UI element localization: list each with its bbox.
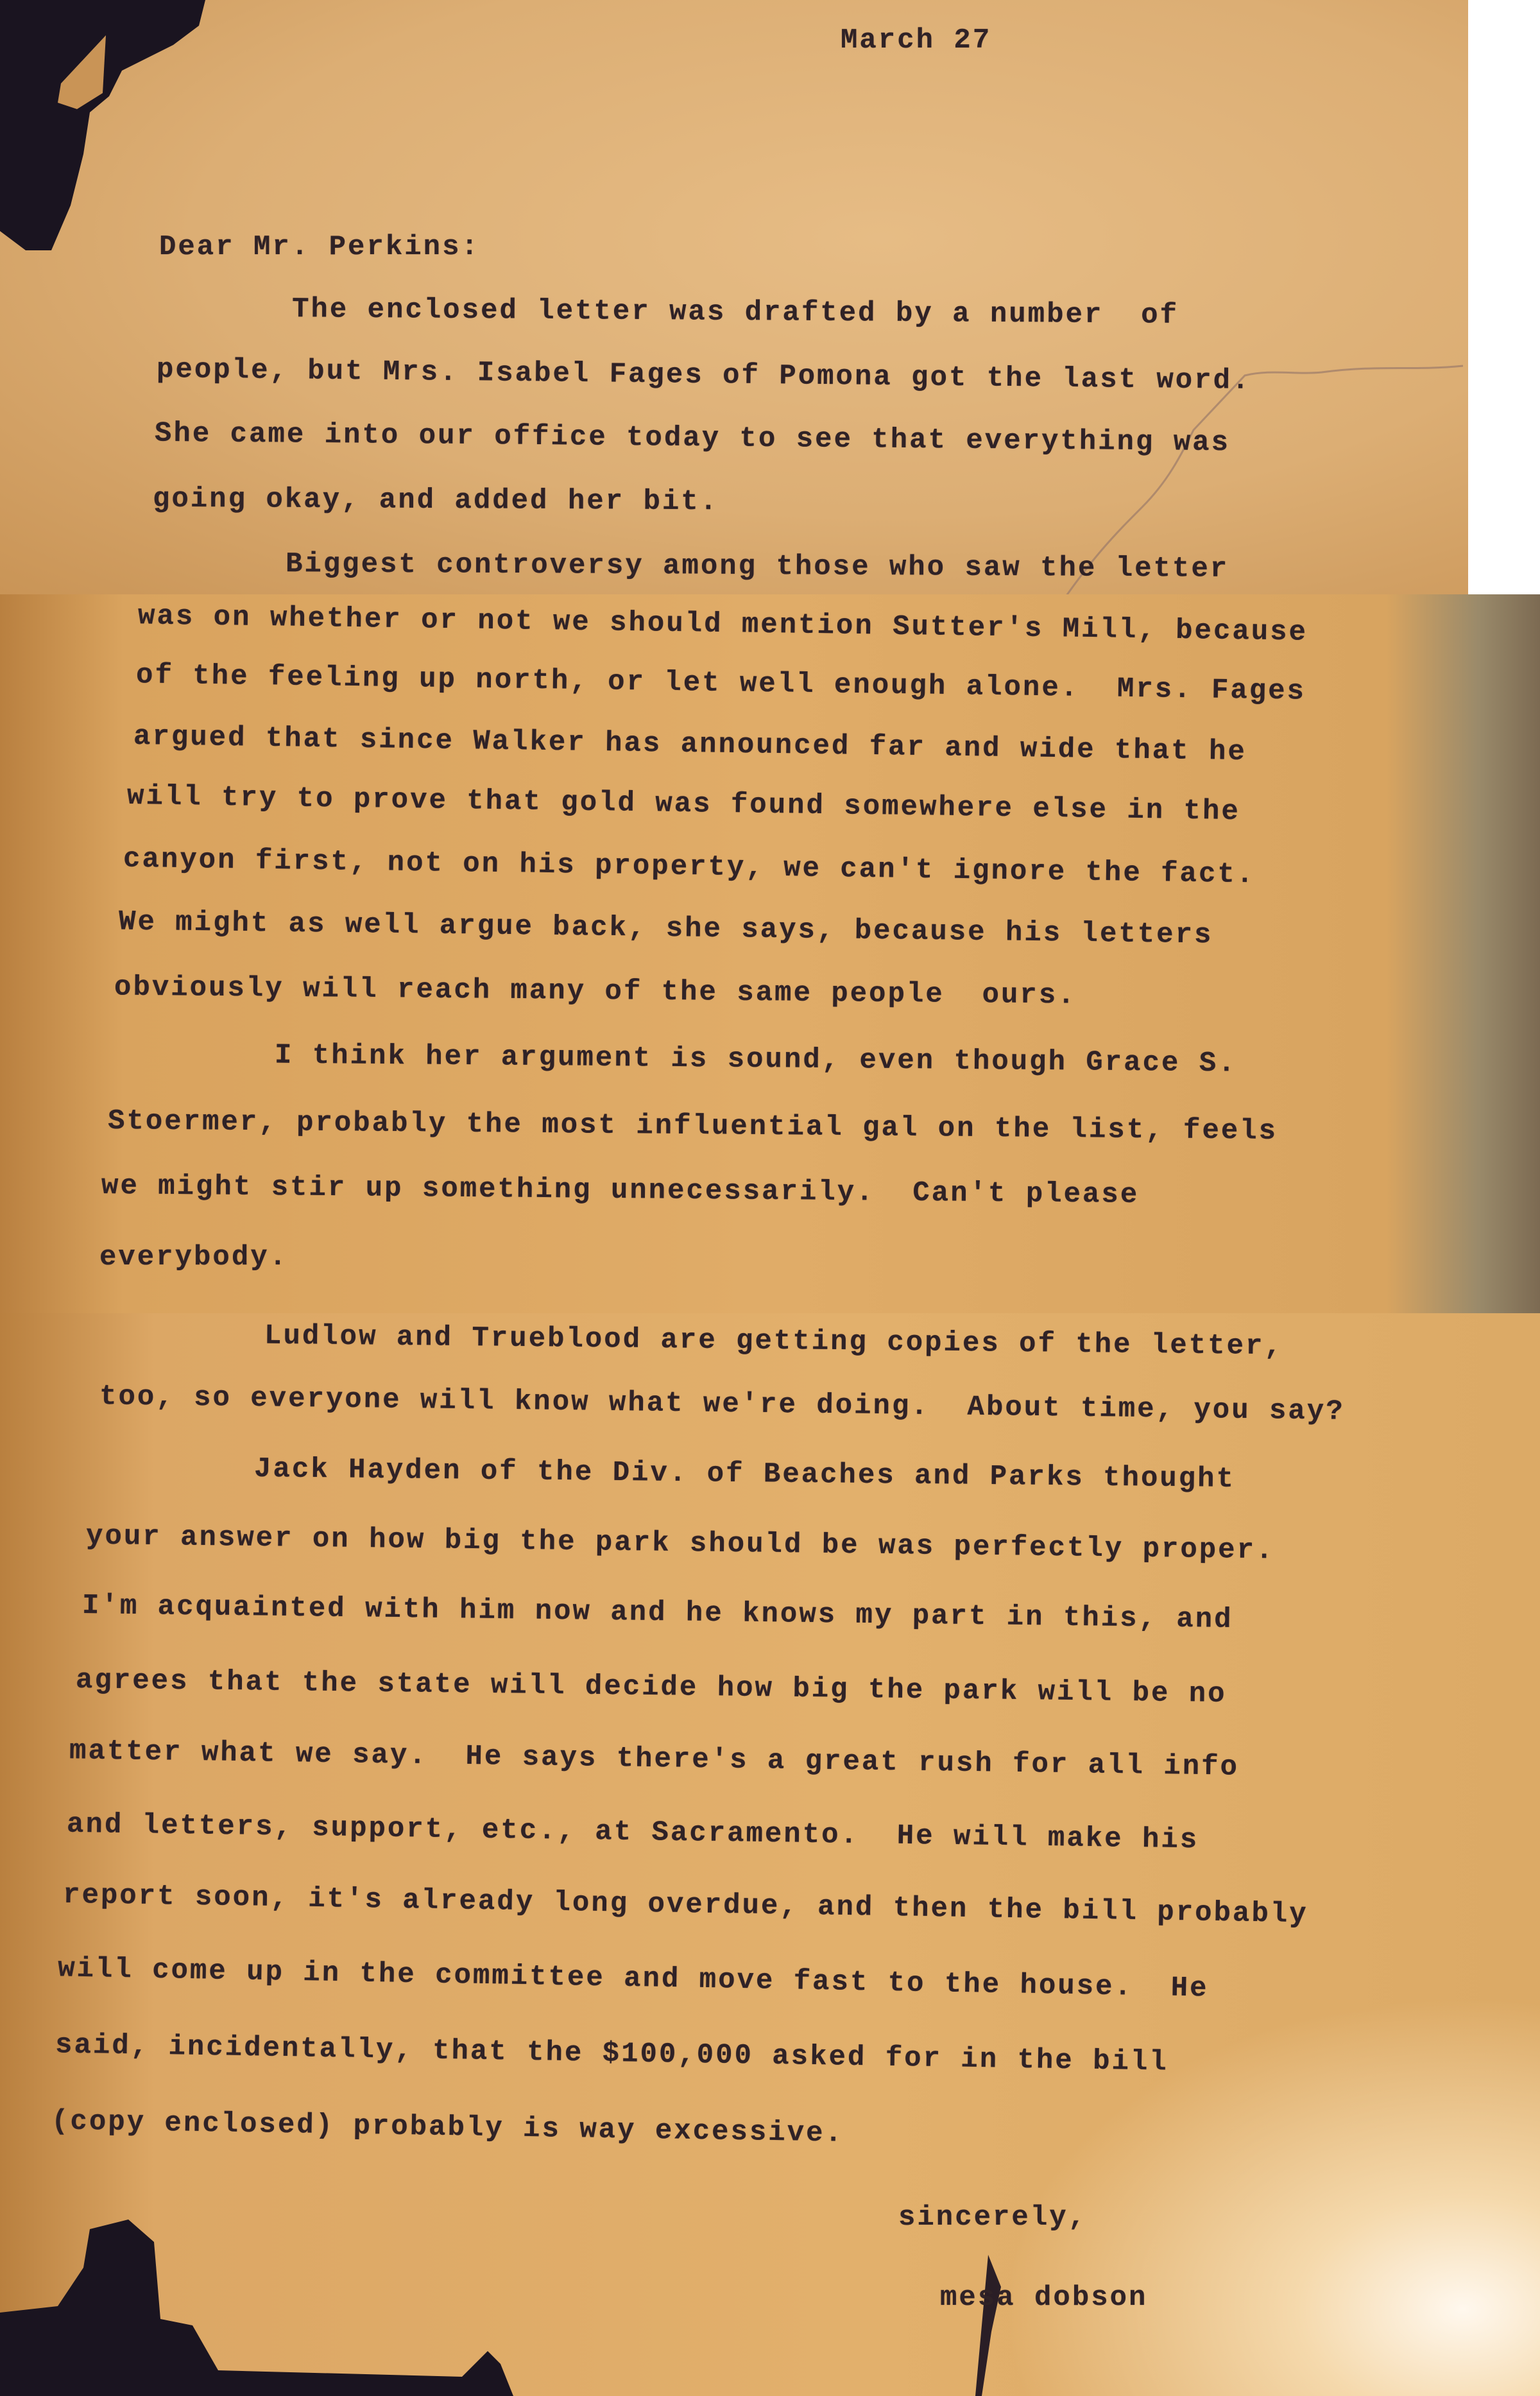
letter-closing: sincerely, <box>898 2202 1087 2234</box>
letter-signature: mesa dobson <box>940 2282 1147 2314</box>
letter-line: Biggest controversy among those who saw … <box>286 548 1229 585</box>
letter-line: The enclosed letter was drafted by a num… <box>292 293 1179 332</box>
letter-line: going okay, and added her bit. <box>153 483 719 519</box>
torn-edge-bottom <box>0 2203 1027 2396</box>
letter-salutation: Dear Mr. Perkins: <box>159 231 480 263</box>
torn-corner-top-left <box>0 0 269 270</box>
letter-line: everybody. <box>99 1241 288 1273</box>
background-white <box>1468 0 1540 594</box>
letter-date: March 27 <box>841 24 991 56</box>
